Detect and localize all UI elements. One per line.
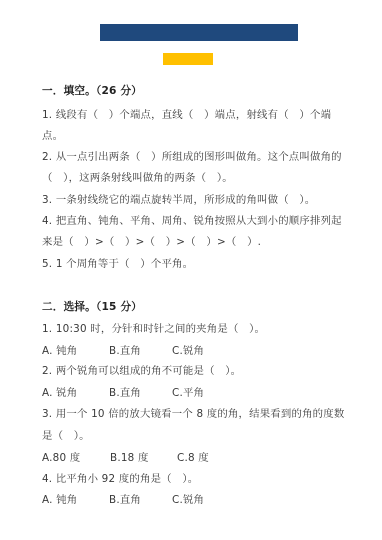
question-1-options: A. 钝角 B.直角 C.锐角 [42,344,342,358]
option-c: C.平角 [172,386,204,400]
question-4: 4. 比平角小 92 度的角是（ ）。 [42,472,198,486]
header-bar [100,24,298,41]
section-2-heading: 二．选择。（15 分） [42,300,142,314]
option-c: C.锐角 [172,344,204,358]
option-a: A.80 度 [42,451,80,465]
fill-line-7: 来是（ ）>（ ）>（ ）>（ ）>（ ）. [42,235,261,249]
option-c: C.8 度 [177,451,209,465]
accent-bar [163,53,213,65]
option-b: B.18 度 [110,451,149,465]
option-a: A. 钝角 [42,493,77,507]
option-c: C.锐角 [172,493,204,507]
question-4-options: A. 钝角 B.直角 C.锐角 [42,493,342,507]
section-1-heading: 一．填空。（26 分） [42,84,142,98]
fill-line-5: 3. 一条射线绕它的端点旋转半周，所形成的角叫做（ ）。 [42,193,315,207]
fill-line-4: （ ），这两条射线叫做角的两条（ ）。 [42,171,233,185]
fill-line-2: 点。 [42,129,63,143]
option-a: A. 钝角 [42,344,77,358]
question-2: 2. 两个锐角可以组成的角不可能是（ ）。 [42,364,241,378]
fill-line-3: 2. 从一点引出两条（ ）所组成的图形叫做角。这个点叫做角的 [42,150,342,164]
question-3-options: A.80 度 B.18 度 C.8 度 [42,451,342,465]
question-2-options: A. 锐角 B.直角 C.平角 [42,386,342,400]
option-b: B.直角 [109,344,141,358]
fill-line-1: 1. 线段有（ ）个端点，直线（ ）端点，射线有（ ）个端 [42,108,331,122]
option-a: A. 锐角 [42,386,77,400]
option-b: B.直角 [109,386,141,400]
question-3-cont: 是（ ）。 [42,429,90,443]
fill-line-6: 4. 把直角、钝角、平角、周角、锐角按照从大到小的顺序排列起 [42,214,342,228]
question-3: 3. 用一个 10 倍的放大镜看一个 8 度的角，结果看到的角的度数 [42,407,344,421]
fill-line-8: 5. 1 个周角等于（ ）个平角。 [42,257,193,271]
question-1: 1. 10:30 时，分针和时针之间的夹角是（ ）。 [42,322,265,336]
option-b: B.直角 [109,493,141,507]
